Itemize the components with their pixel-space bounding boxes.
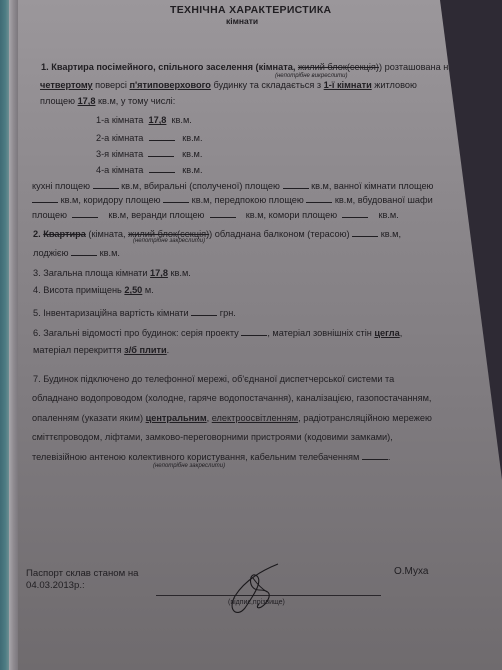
room-4-area-blank [149,164,175,173]
wall-material: цегла [374,328,399,338]
section-5-inventory-value: 5. Інвентаризаційна вартість кімнати грн… [33,307,236,318]
section-7-note: (непотрібне закреслити) [153,463,225,469]
ceiling-height-value: 2,50 [124,285,142,295]
signer-name: О.Муха [394,566,428,577]
signature-icon [223,560,293,620]
section-7-line-4: сміттєпроводом, ліфтами, замково-перегов… [32,432,393,442]
section-7-line-2: обладнано водопроводом (холодне, гаряче … [32,393,431,403]
section-2-note: (непотрібне закреслити) [133,238,205,244]
section-4-height: 4. Висота приміщень 2,50 м. [33,285,154,295]
section-1-line-2: четвертому поверсі п'ятиповерхового буди… [40,80,417,90]
section-1-line-1: 1. Квартира посімейного, спільного засел… [41,62,453,72]
room-2-area-blank [149,132,175,141]
page-edge [9,0,19,670]
section-6-line-1: 6. Загальні відомості про будинок: серія… [33,327,402,338]
section-7-line-1: 7. Будинок підключено до телефонної мере… [33,374,394,384]
room-1-row: 1-а кімната 17,8 кв.м. [96,115,192,125]
compiled-label: Паспорт склав станом на [26,568,139,579]
room-1-area: 17,8 [149,115,167,125]
section-2-line-2: лоджією кв.м. [33,247,120,258]
section-2-line-1: 2. Квартира (кімната, жилий блок(секція)… [33,228,401,239]
building-type: п'ятиповерхового [129,80,210,90]
floor-value: четвертому [40,80,93,90]
section-3-total-area: 3. Загальна площа кімнати 17,8 кв.м. [33,268,191,278]
aux-areas-line-2: кв.м, коридору площею кв.м, передпокою п… [32,194,433,205]
total-living-area: 17,8 [78,96,96,106]
compiled-date: 04.03.2013р.: [26,580,85,591]
heating-type: центральним [146,413,207,423]
document-subtitle: кімнати [226,16,258,26]
room-3-area-blank [148,148,174,157]
signature-caption: (підпис,прізвище) [228,599,285,606]
room-2-row: 2-а кімната кв.м. [96,132,203,143]
aux-areas-line-3: площею кв.м, веранди площею кв.м, комори… [32,209,399,220]
aux-areas-line-1: кухні площею кв.м, вбиральні (сполученої… [32,180,433,191]
floor-slab-material: з/б плити [124,345,167,355]
total-area-value: 17,8 [150,268,168,278]
section-7-line-3: опаленням (указати яким) центральним, ел… [32,413,432,423]
document-title: ТЕХНІЧНА ХАРАКТЕРИСТИКА [170,4,331,16]
section-6-line-2: матеріал перекриття з/б плити. [33,345,169,355]
section-1-note: (непотрібне викреслити) [275,73,348,79]
room-3-row: 3-я кімната кв.м. [96,148,202,159]
room-4-row: 4-а кімната кв.м. [96,164,203,175]
background-strip [0,0,9,670]
document-page: ТЕХНІЧНА ХАРАКТЕРИСТИКА кімнати 1. Кварт… [18,0,502,670]
section-1-line-3: площею 17,8 кв.м, у тому числі: [40,96,175,106]
section-7-line-5: телевізійною антеною колективного корист… [32,451,390,462]
rooms-count: 1-ї кімнати [324,80,372,90]
